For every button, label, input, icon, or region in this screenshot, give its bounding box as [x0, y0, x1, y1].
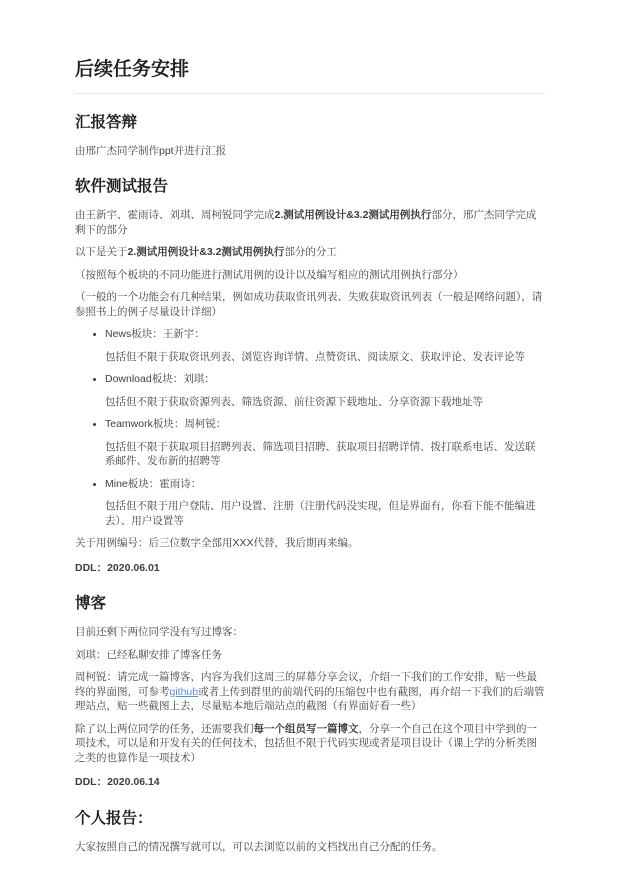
document: 后续任务安排 汇报答辩 由邢广杰同学制作ppt并进行汇报 软件测试报告 由王新宇…	[0, 0, 619, 892]
text-segment: 由王新宇、霍雨诗、刘琪、周柯锐同学完成	[75, 209, 275, 221]
task-item-desc: 包括但不限于获取资讯列表、浏览咨询详情、点赞资讯、阅读原文、获取评论、发表评论等	[105, 350, 545, 364]
task-item-title: Download板块：刘琪：	[105, 372, 545, 386]
section-heading-software-test: 软件测试报告	[75, 177, 545, 197]
section-heading-blog: 博客	[75, 594, 545, 614]
text-segment: 以下是关于	[75, 246, 128, 258]
task-item-download: Download板块：刘琪： 包括但不限于获取资源列表、筛选资源、前往资源下载地…	[105, 372, 545, 409]
text-segment: 除了以上两位同学的任务，还需要我们	[75, 723, 254, 735]
page-title: 后续任务安排	[75, 58, 545, 94]
task-item-title: Teamwork板块：周柯锐：	[105, 417, 545, 431]
paragraph-test-note2: （一般的一个功能会有几种结果，例如成功获取资讯列表、失败获取资讯列表（一般是网络…	[75, 290, 545, 319]
section-heading-report-defense: 汇报答辩	[75, 113, 545, 133]
task-item-desc: 包括但不限于获取资源列表、筛选资源、前往资源下载地址、分享资源下载地址等	[105, 395, 545, 409]
ddl-test-report: DDL：2020.06.01	[75, 561, 545, 575]
paragraph-personal-report: 大家按照自己的情况撰写就可以，可以去浏览以前的文档找出自己分配的任务。	[75, 840, 545, 854]
text-segment-bold: 2.测试用例设计&3.2测试用例执行	[128, 246, 285, 258]
text-segment: 部分的分工	[284, 246, 337, 258]
task-item-desc: 包括但不限于用户登陆、用户设置、注册（注册代码没实现，但是界面有，你看下能不能编…	[105, 499, 545, 528]
paragraph-test-note1: （按照每个板块的不同功能进行测试用例的设计以及编写相应的测试用例执行部分）	[75, 268, 545, 282]
paragraph-blog-liuqi: 刘琪：已经私聊安排了博客任务	[75, 648, 545, 662]
task-item-mine: Mine板块：霍雨诗： 包括但不限于用户登陆、用户设置、注册（注册代码没实现，但…	[105, 477, 545, 528]
task-item-teamwork: Teamwork板块：周柯锐： 包括但不限于获取项目招聘列表、筛选项目招聘、获取…	[105, 417, 545, 468]
github-link[interactable]: github	[170, 686, 199, 698]
task-list: News板块：王新宇： 包括但不限于获取资讯列表、浏览咨询详情、点赞资讯、阅读原…	[75, 327, 545, 528]
paragraph-case-numbering: 关于用例编号：后三位数字全部用XXX代替，我后期再来编。	[75, 536, 545, 550]
task-item-title: Mine板块：霍雨诗：	[105, 477, 545, 491]
task-item-title: News板块：王新宇：	[105, 327, 545, 341]
paragraph-blog-everyone: 除了以上两位同学的任务，还需要我们每一个组员写一篇博文，分享一个自己在这个项目中…	[75, 722, 545, 765]
text-segment-bold: 每一个组员写一篇博文	[254, 723, 359, 735]
paragraph-blog-intro: 目前还剩下两位同学没有写过博客：	[75, 625, 545, 639]
task-item-news: News板块：王新宇： 包括但不限于获取资讯列表、浏览咨询详情、点赞资讯、阅读原…	[105, 327, 545, 364]
text-segment-bold: 2.测试用例设计&3.2测试用例执行	[275, 209, 432, 221]
paragraph-test-division: 以下是关于2.测试用例设计&3.2测试用例执行部分的分工	[75, 245, 545, 259]
section-heading-personal-report: 个人报告：	[75, 809, 545, 829]
paragraph-blog-zhou: 周柯锐：请完成一篇博客，内容为我们这周三的屏幕分享会议，介绍一下我们的工作安排，…	[75, 670, 545, 713]
task-item-desc: 包括但不限于获取项目招聘列表、筛选项目招聘、获取项目招聘详情、拨打联系电话、发送…	[105, 440, 545, 469]
ddl-blog: DDL：2020.06.14	[75, 775, 545, 789]
paragraph-test-assignment: 由王新宇、霍雨诗、刘琪、周柯锐同学完成2.测试用例设计&3.2测试用例执行部分，…	[75, 208, 545, 237]
paragraph-report-defense: 由邢广杰同学制作ppt并进行汇报	[75, 144, 545, 158]
